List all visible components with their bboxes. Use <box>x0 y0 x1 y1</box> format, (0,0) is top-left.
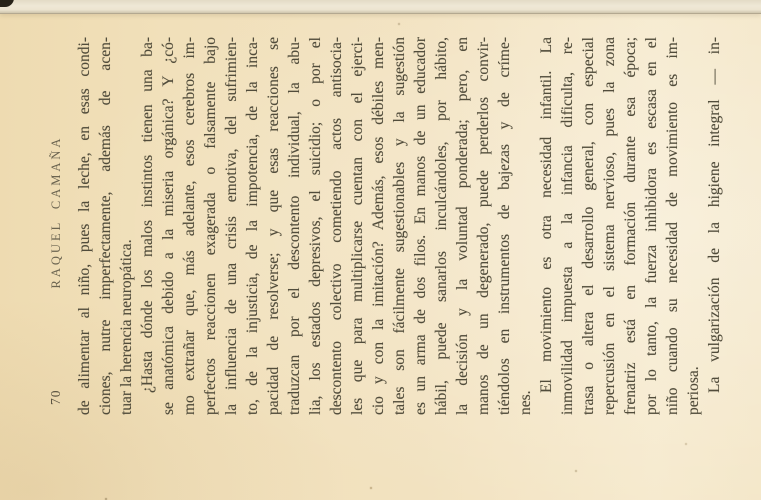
scanned-book-page: 70 RAQUEL CAMAÑA de alimentar al niño, p… <box>0 0 761 500</box>
running-header-title: RAQUEL CAMAÑA <box>49 136 64 289</box>
text-line: de alimentar al niño, pues la leche, en … <box>74 37 95 415</box>
text-line: traduzcan por el descontento individual,… <box>284 37 305 415</box>
page-number: 70 <box>48 390 64 406</box>
text-line: manos de un degenerado, puede perderlos … <box>473 37 494 415</box>
text-line: descontento colectivo cometiendo actos a… <box>326 37 347 415</box>
running-header-row: 70 RAQUEL CAMAÑA <box>47 37 65 415</box>
text-line: ¿Hasta dónde los malos instintos tienen … <box>137 37 158 415</box>
text-line: la decisión y la voluntad ponderada; per… <box>452 37 473 415</box>
page-body: de alimentar al niño, pues la leche, en … <box>74 37 725 415</box>
text-line: frenatriz está en formación durante esa … <box>620 37 641 415</box>
text-line: les que para multiplicarse cuentan con e… <box>347 37 368 415</box>
text-line: cio y con la imitación? Además, esos déb… <box>368 37 389 415</box>
text-line: perfectos reaccionen exagerada o falsame… <box>200 37 221 415</box>
text-line: lia, los estados depresivos, el suicidio… <box>305 37 326 415</box>
text-line: inmovilidad impuesta a la infancia dific… <box>557 37 578 415</box>
text-line: mo extrañar que, más adelante, esos cere… <box>179 37 200 415</box>
text-line: ciones, nutre imperfectamente, además de… <box>95 37 116 415</box>
text-line: niño cuando su necesidad de movimiento e… <box>662 37 683 415</box>
text-line: es un arma de dos filos. En manos de un … <box>410 37 431 415</box>
text-line: El movimiento es otra necesidad infantil… <box>536 37 557 415</box>
text-line: pacidad de resolverse; y que esas reacci… <box>263 37 284 415</box>
text-line: se anatómica debido a la miseria orgánic… <box>158 37 179 415</box>
text-line: tuar la herencia neuropática. <box>116 37 137 415</box>
text-line: La vulgarización de la higiene integral … <box>704 37 725 415</box>
text-line: periosa. <box>683 37 704 415</box>
text-line: hábil, puede sanarlos inculcándoles, por… <box>431 37 452 415</box>
text-line: por lo tanto, la fuerza inhibidora es es… <box>641 37 662 415</box>
text-line: repercusión en el sistema nervioso, pues… <box>599 37 620 415</box>
text-line: tales son fácilmente sugestionables y la… <box>389 37 410 415</box>
text-line: nes. <box>515 37 536 415</box>
text-line: to, de la injusticia, de la impotencia, … <box>242 37 263 415</box>
rotated-page-content: 70 RAQUEL CAMAÑA de alimentar al niño, p… <box>0 0 761 500</box>
text-line: tiéndolos en instrumentos de bajezas y d… <box>494 37 515 415</box>
text-line: la influencia de una crisis emotiva, del… <box>221 37 242 415</box>
text-line: trasa o altera el desarrollo general, co… <box>578 37 599 415</box>
